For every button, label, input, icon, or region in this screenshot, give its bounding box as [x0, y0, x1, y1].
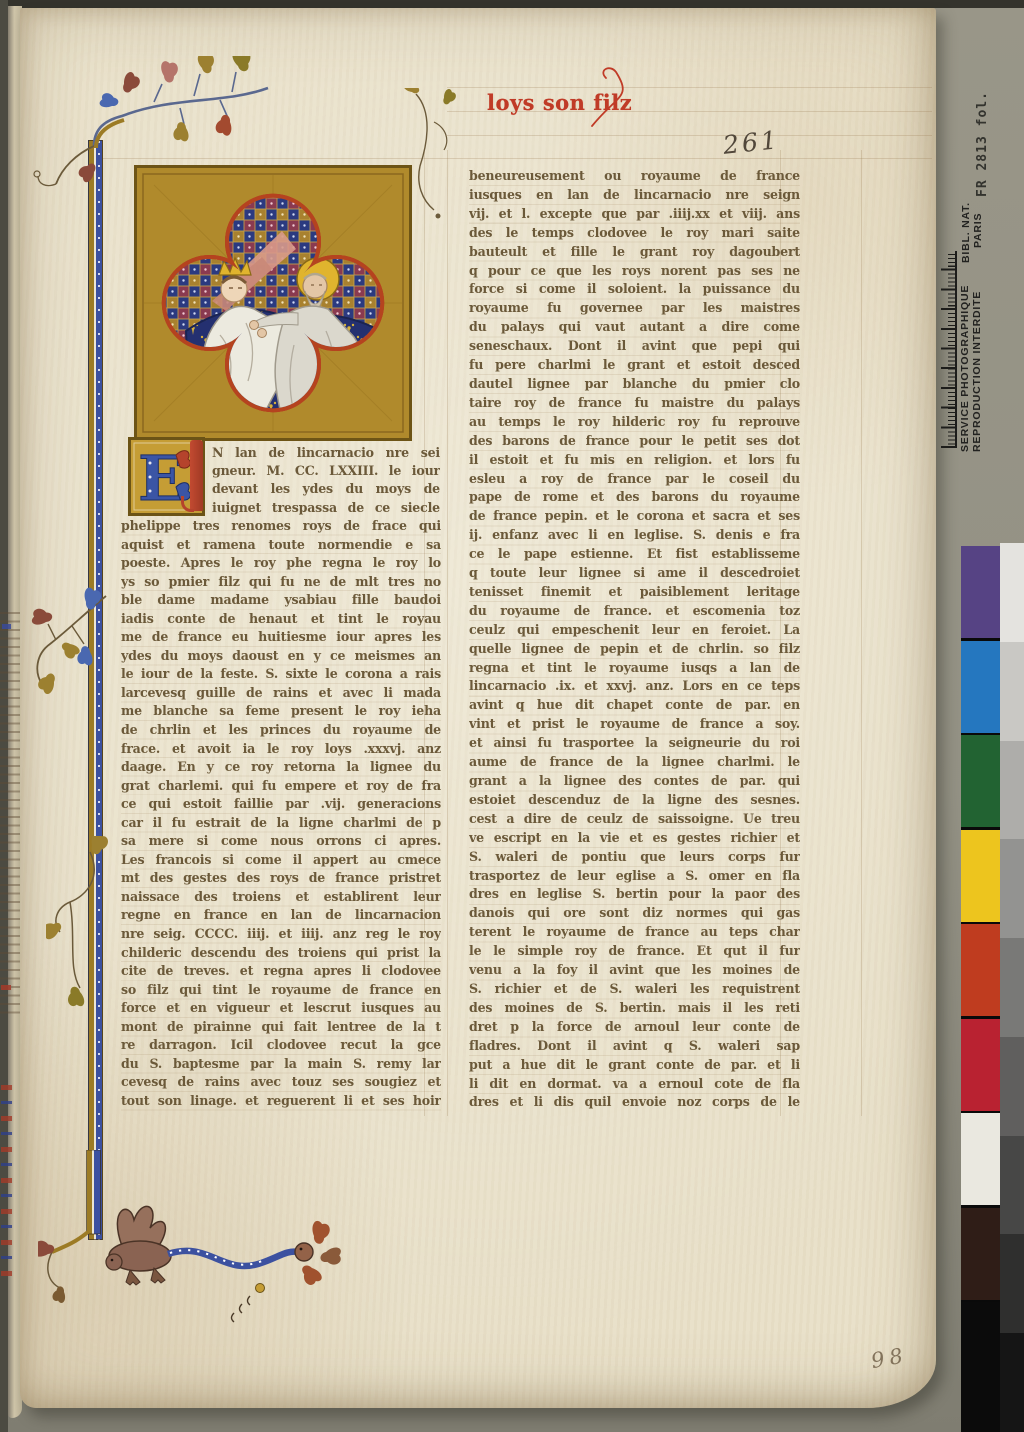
- text-line: taire roy de france fu maistre du palays: [469, 394, 800, 413]
- folio-number: 261: [722, 125, 781, 160]
- text-line: me blanche sa feme present le roy ieha: [121, 702, 441, 721]
- text-line: le iour de la feste. S. sixte le corona …: [121, 665, 441, 684]
- text-line: lincarnacio .ix. et xxvj. anz. Lors en c…: [469, 677, 800, 696]
- text-line: pape de rome et des barons du royaume: [469, 488, 800, 507]
- photograph-of-manuscript: loys son filz 261: [0, 0, 1024, 1432]
- library-stamp-line: PARIS: [972, 202, 984, 263]
- text-line: cite de treves. et regna apres li clodov…: [121, 962, 441, 981]
- color-calibration-bar: [961, 546, 1000, 1432]
- text-line: gneur. M. CC. LXXIII. le iour: [212, 462, 440, 480]
- text-line: mt des gestes des roys de france pristre…: [121, 869, 441, 888]
- text-column-1: phelippe tres renomes roys de frace quia…: [121, 517, 441, 1111]
- text-line: force si come il soloient. la puissance …: [469, 280, 800, 299]
- text-column-2: beneureusement ou royaume de franceiusqu…: [469, 167, 800, 1112]
- text-line: aquist et ramena toute normendie e sa: [121, 536, 441, 555]
- grayscale-step: [1000, 1234, 1024, 1333]
- grayscale-step: [1000, 741, 1024, 840]
- text-line: iadis conte de henaut et tint le royau: [121, 610, 441, 629]
- color-patch-white: [961, 1113, 1000, 1205]
- ivy-sprig-right: [386, 88, 456, 238]
- text-line: daage. En y ce roy retorna la lignee du: [121, 758, 441, 777]
- ruling-line-vertical: [447, 150, 448, 1116]
- reproduction-stamp: SERVICE PHOTOGRAPHIQUE REPRODUCTION INTE…: [959, 285, 983, 452]
- text-line: dret p la force de arnoul leur conte de: [469, 1018, 800, 1037]
- grayscale-step: [1000, 1333, 1024, 1432]
- ivy-spray-left-lower: [46, 836, 118, 1026]
- grayscale-step: [1000, 1136, 1024, 1235]
- ruling-line-vertical: [861, 150, 862, 1116]
- text-line: car il fu estrait de la ligne charlmi de…: [121, 814, 441, 833]
- text-line: me de france eu huitiesme iour apres les: [121, 628, 441, 647]
- text-line: vint et prist le royaume de france a soy…: [469, 715, 800, 734]
- text-line: mont de pirainne qui fait lentree de la …: [121, 1018, 441, 1037]
- manuscript-page: loys son filz 261: [20, 8, 936, 1408]
- library-stamp-line: BIBL. NAT.: [960, 202, 972, 263]
- rubric-flourish: [580, 64, 650, 136]
- text-line: li dit en dormat. va a ernoul cote de fl…: [469, 1075, 800, 1094]
- text-line: re darragon. Icil clodovee recut la gce: [121, 1036, 441, 1055]
- text-line: dres en leglise S. bertin pour la paor d…: [469, 885, 800, 904]
- text-line: des le temps clodovee le roy mari saite: [469, 224, 800, 243]
- ruling-line: [447, 135, 932, 136]
- text-line: au temps le roy hilderic roy fu reprouve: [469, 413, 800, 432]
- color-patch-crimson: [961, 1019, 1000, 1111]
- text-line: poeste. Apres le roy phe regna le roy lo: [121, 554, 441, 573]
- text-line: naissace des troiens et establirent leur: [121, 888, 441, 907]
- text-line: sa mere si come nous orrons ci apres.: [121, 832, 441, 851]
- text-line: q pour ce que les roys norent pas ses ne: [469, 262, 800, 281]
- color-patch-blue: [961, 641, 1000, 733]
- text-line: S. richier et de S. waleri les requistre…: [469, 980, 800, 999]
- text-line: venu a la foy il avint que les moines de: [469, 961, 800, 980]
- color-patch-black: [961, 1302, 1000, 1432]
- measurement-scale: [941, 251, 957, 448]
- text-line: ys so pmier filz qui fu ne de mlt tres n…: [121, 573, 441, 592]
- text-line: tenisset finemit et paisiblement leritag…: [469, 583, 800, 602]
- text-line: phelippe tres renomes roys de frace qui: [121, 517, 441, 536]
- text-line: q toute leur lignee si ame il descedroie…: [469, 564, 800, 583]
- text-line: iusques en lan de lincarnacio nre seign: [469, 186, 800, 205]
- text-line: regna et tint le royaume iusqs a lan de: [469, 659, 800, 678]
- previous-folio-rubric-bleed: [1, 1085, 12, 1280]
- text-line: devant les ydes du moys de: [212, 480, 440, 498]
- text-line: dres et li dis quil envoie noz corps de …: [469, 1093, 800, 1112]
- grayscale-step: [1000, 543, 1024, 642]
- text-line: beneureusement ou royaume de france: [469, 167, 800, 186]
- text-line: le le simple roy de france. Et qut il fu…: [469, 942, 800, 961]
- text-line: grant a la lignee des contes de par. qui: [469, 772, 800, 791]
- reproduction-stamp-line: REPRODUCTION INTERDITE: [971, 285, 983, 452]
- text-line: cest a dire de ceulz de saissoigne. Ue t…: [469, 810, 800, 829]
- shelfmark-label: FR 2813 fol.: [975, 91, 990, 197]
- text-line: de chrlin et les princes du royaume de: [121, 721, 441, 740]
- initial-staff-extension: [190, 440, 203, 511]
- text-line: il estoit et fu mis en religion. et lors…: [469, 451, 800, 470]
- text-line: seneschaux. Dont il avint que pepi qui: [469, 337, 800, 356]
- text-line: grat charlemi. qui fu empere et roy de f…: [121, 777, 441, 796]
- text-line: et ainsi fu trasportee la seigneurie du …: [469, 734, 800, 753]
- color-patch-vermilion: [961, 924, 1000, 1016]
- ruling-line: [447, 87, 932, 88]
- text-line: des moines de S. bertin. mais il les ret…: [469, 999, 800, 1018]
- grayscale-step: [1000, 839, 1024, 938]
- grayscale-step: [1000, 642, 1024, 741]
- text-line: terent le royaume de france au teps char: [469, 923, 800, 942]
- color-patch-green: [961, 735, 1000, 827]
- miniature-illumination: [134, 165, 412, 441]
- text-line: de france pepin. et le corona et sacra e…: [469, 507, 800, 526]
- backdrop-edge-top: [0, 0, 1024, 8]
- text-line: trasportez de leur eglise a S. omer en f…: [469, 867, 800, 886]
- text-line: esleu a roy de france par le coseil du: [469, 470, 800, 489]
- text-line: ve escript en la vie et es gestes richie…: [469, 829, 800, 848]
- text-line: bauteult et fille le grant roy dagoubert: [469, 243, 800, 262]
- bottom-inscription: 98: [869, 1343, 909, 1373]
- text-line: du royaume de france. et escomenia toz: [469, 602, 800, 621]
- text-line: childeric descendu des troiens qui prist…: [121, 944, 441, 963]
- grayscale-calibration-bar: [1000, 543, 1024, 1432]
- text-line: larcevesq guille de rains et avec li mad…: [121, 684, 441, 703]
- dragon-border-bottom: [38, 1150, 478, 1365]
- text-line: ceulz qui empeschenit leur en feroiet. L…: [469, 621, 800, 640]
- text-line: vij. et l. excepte que par .iiij.xx et v…: [469, 205, 800, 224]
- color-patch-purple: [961, 546, 1000, 638]
- text-line: quelle lignee de pepin et de chrlin. so …: [469, 640, 800, 659]
- text-line: ydes du moys daoust en y ce meismes an: [121, 647, 441, 666]
- text-line: fladres. Dont il avint q S. waleri sap: [469, 1037, 800, 1056]
- text-line: nre seig. CCCC. iiij. et iiij. anz reg l…: [121, 925, 441, 944]
- text-column-1-opening: N lan de lincarnacio nre seigneur. M. CC…: [212, 444, 440, 517]
- library-stamp: BIBL. NAT. PARIS: [960, 202, 984, 263]
- text-line: ce le pape estienne. Et fist establissem…: [469, 545, 800, 564]
- text-line: S. waleri de pontiu que leurs corps fur: [469, 848, 800, 867]
- text-line: force et en vigueur et lescrut iusques a…: [121, 999, 441, 1018]
- grayscale-step: [1000, 1037, 1024, 1136]
- text-line: estoiet descenduz de la ligne des sesnes…: [469, 791, 800, 810]
- reproduction-stamp-line: SERVICE PHOTOGRAPHIQUE: [959, 285, 971, 452]
- text-line: tout son linage. et reguerent li et ses …: [121, 1092, 441, 1111]
- text-line: so filz qui tint le royaume de france en: [121, 981, 441, 1000]
- ivy-spray-left-upper: [26, 586, 110, 736]
- color-patch-yellow: [961, 830, 1000, 922]
- text-line: ij. enfanz avec li en leglise. S. denis …: [469, 526, 800, 545]
- text-line: ble dame madame ysabiau fille baudoi: [121, 591, 441, 610]
- text-line: danois qui ore sont diz normes qui gas: [469, 904, 800, 923]
- text-line: fu pere charlmi le grant et estoit desce…: [469, 356, 800, 375]
- color-patch-dark-brown: [961, 1208, 1000, 1300]
- text-line: Les francois si come il appert au cmece: [121, 851, 441, 870]
- text-line: frace. et avoit ia le roy loys .xxxvj. a…: [121, 740, 441, 759]
- text-line: des barons de france pour le petit ses d…: [469, 432, 800, 451]
- text-line: avint q hue dit chapet conte de par. en: [469, 696, 800, 715]
- grayscale-step: [1000, 938, 1024, 1037]
- text-line: ce qui estoit faillie par .vij. generaci…: [121, 795, 441, 814]
- previous-folio-text-bleed: [0, 612, 20, 1014]
- text-line: iuignet trespassa de ce siecle: [212, 499, 440, 517]
- text-line: put a hue dit le grant conte de par. et …: [469, 1056, 800, 1075]
- text-line: regne en france en lan de lincarnacion: [121, 906, 441, 925]
- text-line: aume de france de la lignee charlmi. le: [469, 753, 800, 772]
- text-line: du palays qui vaut autant a dire come: [469, 318, 800, 337]
- text-line: N lan de lincarnacio nre sei: [212, 444, 440, 462]
- text-line: royaume fu governee par les maistres: [469, 299, 800, 318]
- text-line: dautel lignee par blanche du pmier clo: [469, 375, 800, 394]
- text-line: du S. baptesme par la main S. remy lar: [121, 1055, 441, 1074]
- text-line: cevesq de rains avec touz ses sougiez et: [121, 1073, 441, 1092]
